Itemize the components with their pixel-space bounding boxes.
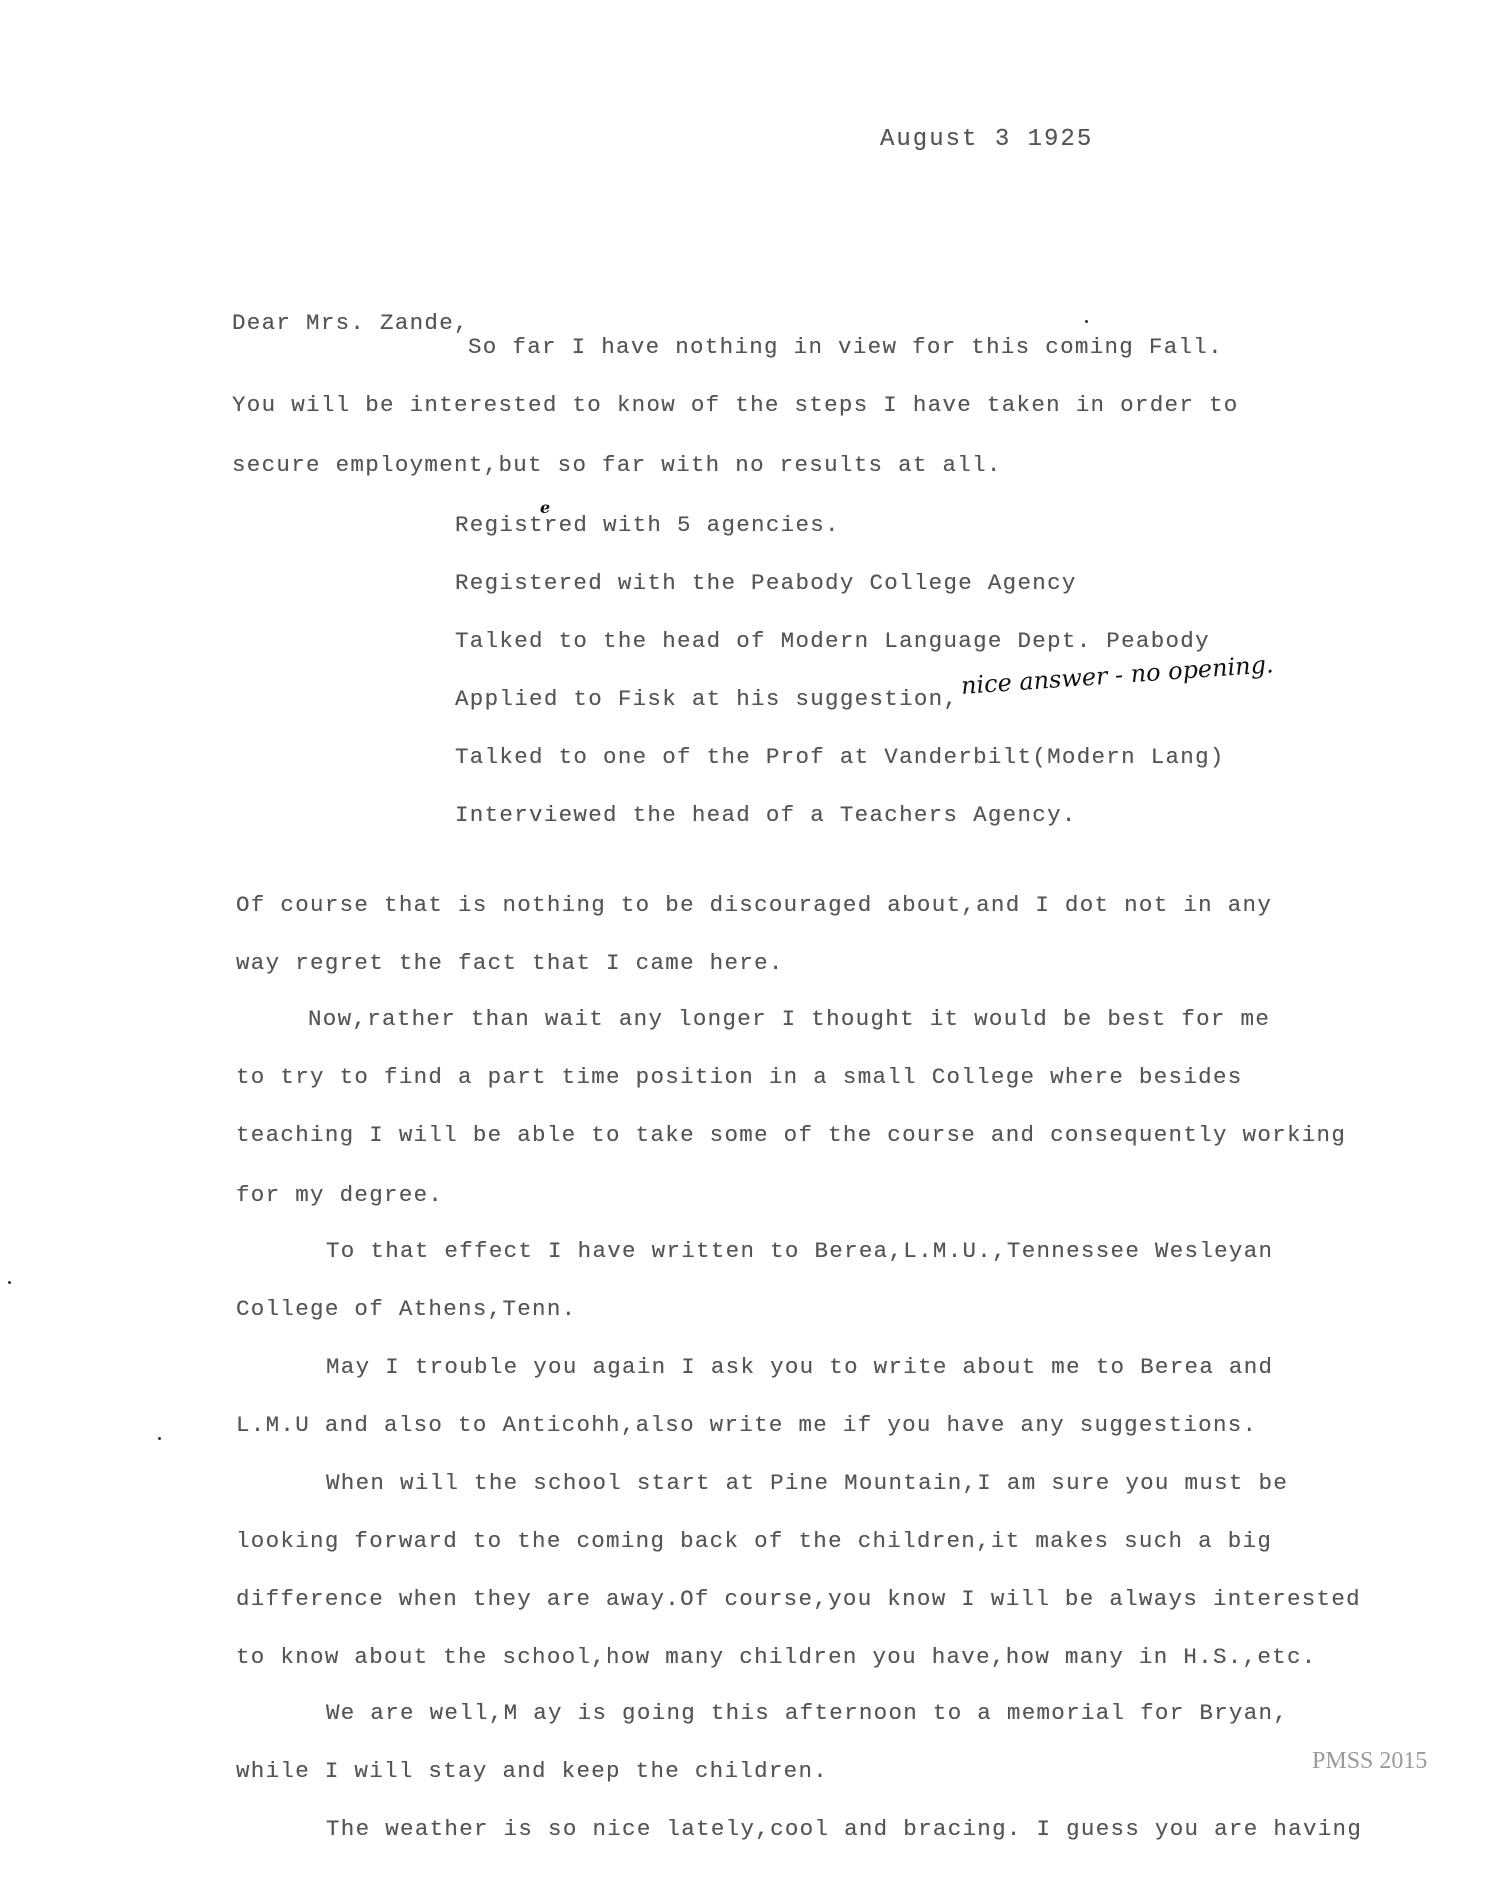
body-line: You will be interested to know of the st… bbox=[232, 392, 1239, 418]
paper-speck bbox=[1085, 320, 1088, 323]
body-line: way regret the fact that I came here. bbox=[236, 950, 784, 976]
list-item: Talked to the head of Modern Language De… bbox=[455, 628, 1210, 654]
body-line: May I trouble you again I ask you to wri… bbox=[326, 1354, 1273, 1380]
body-line: L.M.U and also to Anticohh,also write me… bbox=[236, 1412, 1257, 1438]
body-line: Now,rather than wait any longer I though… bbox=[308, 1006, 1270, 1032]
list-item: Talked to one of the Prof at Vanderbilt(… bbox=[455, 744, 1225, 770]
body-line: difference when they are away.Of course,… bbox=[236, 1586, 1361, 1612]
list-item: Interviewed the head of a Teachers Agenc… bbox=[455, 802, 1077, 828]
body-line: Of course that is nothing to be discoura… bbox=[236, 892, 1272, 918]
list-item: Registred with 5 agencies. bbox=[455, 512, 840, 538]
body-line: College of Athens,Tenn. bbox=[236, 1296, 576, 1322]
list-item: Applied to Fisk at his suggestion, bbox=[455, 686, 958, 712]
body-line: to try to find a part time position in a… bbox=[236, 1064, 1243, 1090]
body-line: to know about the school,how many childr… bbox=[236, 1644, 1317, 1670]
salutation: Dear Mrs. Zande, bbox=[232, 310, 469, 336]
body-line: looking forward to the coming back of th… bbox=[236, 1528, 1272, 1554]
body-line: secure employment,but so far with no res… bbox=[232, 452, 1002, 478]
paper-speck bbox=[8, 1281, 11, 1284]
list-item: Registered with the Peabody College Agen… bbox=[455, 570, 1077, 596]
letter-page: August 3 1925 Dear Mrs. Zande, So far I … bbox=[0, 0, 1500, 1901]
letter-date: August 3 1925 bbox=[880, 126, 1093, 153]
body-line: teaching I will be able to take some of … bbox=[236, 1122, 1346, 1148]
body-line: So far I have nothing in view for this c… bbox=[468, 334, 1223, 360]
handwritten-annotation: nice answer - no opening. bbox=[960, 650, 1274, 700]
paper-speck bbox=[158, 1437, 161, 1440]
body-line: To that effect I have written to Berea,L… bbox=[326, 1238, 1273, 1264]
body-line: When will the school start at Pine Mount… bbox=[326, 1470, 1288, 1496]
body-line: for my degree. bbox=[236, 1182, 443, 1208]
body-line: We are well,M ay is going this afternoon… bbox=[326, 1700, 1288, 1726]
archive-watermark: PMSS 2015 bbox=[1312, 1748, 1427, 1775]
body-line: while I will stay and keep the children. bbox=[236, 1758, 828, 1784]
body-line: The weather is so nice lately,cool and b… bbox=[326, 1816, 1362, 1842]
